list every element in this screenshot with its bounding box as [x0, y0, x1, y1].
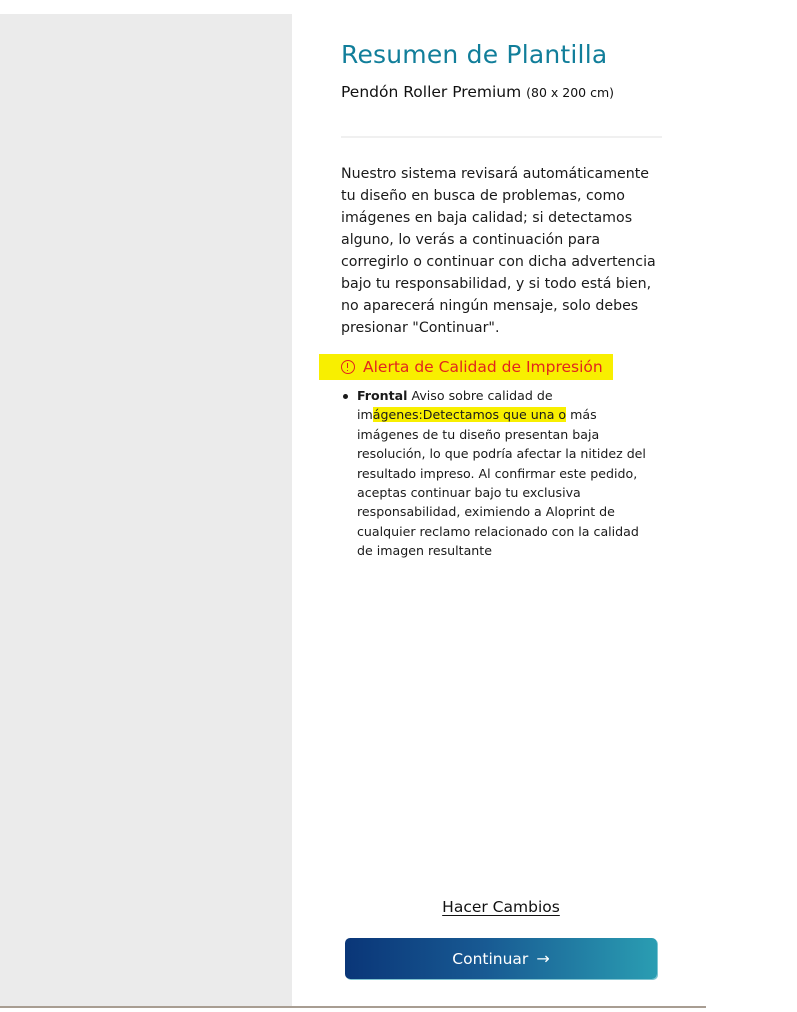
design-preview-panel — [0, 14, 292, 1007]
alert-title-text: Alerta de Calidad de Impresión — [363, 358, 603, 376]
product-dimensions: (80 x 200 cm) — [526, 85, 614, 100]
template-summary-panel: Resumen de Plantilla Pendón Roller Premi… — [292, 14, 706, 1007]
make-changes-link[interactable]: Hacer Cambios — [292, 898, 710, 916]
product-heading: Pendón Roller Premium (80 x 200 cm) — [341, 83, 614, 101]
exclamation-circle-icon — [341, 360, 355, 374]
alert-list-item: Frontal Aviso sobre calidad de imágenes:… — [341, 386, 657, 561]
alert-list: Frontal Aviso sobre calidad de imágenes:… — [341, 386, 657, 561]
page-title: Resumen de Plantilla — [341, 40, 607, 69]
print-quality-alert-heading: Alerta de Calidad de Impresión — [319, 354, 613, 380]
alert-text-after: más imágenes de tu diseño presentan baja… — [357, 407, 646, 558]
continue-button[interactable]: Continuar → — [345, 938, 657, 979]
product-name: Pendón Roller Premium — [341, 83, 521, 101]
bottom-divider — [0, 1006, 706, 1008]
alert-side-label: Frontal — [357, 388, 407, 403]
alert-text-highlighted: ágenes:Detectamos que una o — [373, 407, 566, 422]
divider — [341, 136, 662, 138]
continue-button-label: Continuar — [452, 950, 528, 968]
intro-text: Nuestro sistema revisará automáticamente… — [341, 163, 663, 339]
arrow-right-icon: → — [536, 951, 549, 967]
bullet-icon — [343, 394, 348, 399]
